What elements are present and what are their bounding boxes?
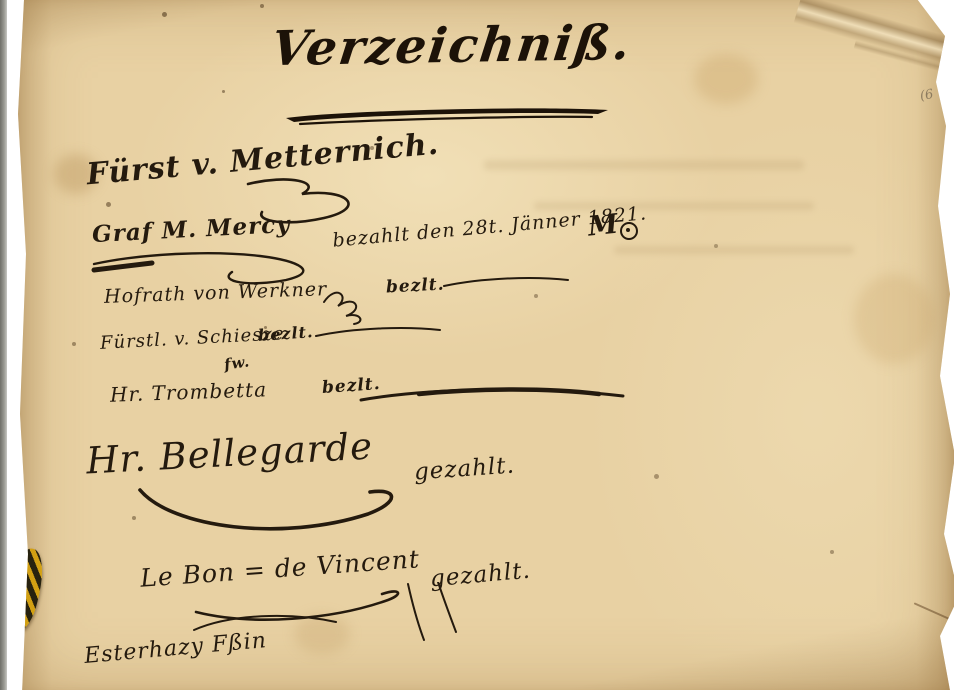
manuscript-page: Verzeichniß. Fürst v. Metternich. Graf M… [14, 0, 954, 690]
entry-bellegarde: Hr. Bellegarde [85, 425, 374, 483]
ink-paraph-werkner [316, 282, 376, 326]
showthrough-mark [614, 246, 854, 254]
scanner-edge-strip [0, 0, 7, 690]
entry-trombetta: Hr. Trombetta [110, 377, 268, 406]
fold-crease [794, 0, 980, 75]
tear-crack [914, 602, 959, 623]
foxing-spot [714, 244, 718, 248]
stain [694, 54, 758, 104]
ink-dash [442, 274, 572, 290]
foxing-spot [162, 12, 167, 17]
foxing-spot [72, 342, 76, 346]
document-title-block: Verzeichniß. [272, 18, 622, 74]
pencil-annotation: (6 [919, 87, 935, 104]
payment-note-schiesze: bezlt. [257, 322, 314, 345]
seal-circle-mark [620, 222, 638, 240]
foxing-spot [654, 474, 659, 479]
ink-tail-strokes [398, 582, 468, 646]
ink-flourish-bellegarde [132, 480, 432, 544]
foxing-spot [534, 294, 538, 298]
foxing-spot [106, 202, 111, 207]
title-underline-flourish [280, 104, 614, 126]
stain [854, 274, 934, 364]
foxing-spot [830, 550, 834, 554]
entry-esterhazy: Esterhazy Fßin [83, 628, 268, 669]
submark-schiesze: fw. [223, 352, 251, 373]
ink-dash [314, 324, 444, 340]
payment-note-werkner: bezlt. [386, 274, 446, 297]
foxing-spot [260, 4, 264, 8]
monogram-m: M [586, 208, 620, 242]
page-title: Verzeichniß. [268, 15, 635, 77]
showthrough-mark [484, 160, 804, 170]
entry-mercy: Graf M. Mercy [91, 211, 291, 248]
binding-cord-fragment [1, 546, 49, 633]
foxing-spot [222, 90, 225, 93]
ink-swash-trombetta [359, 386, 629, 406]
